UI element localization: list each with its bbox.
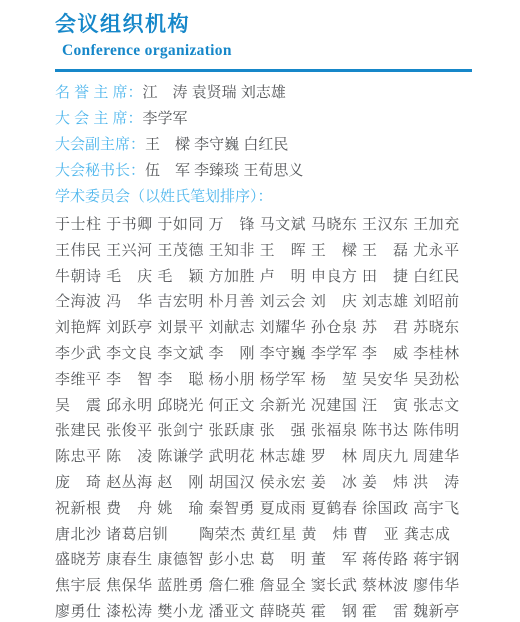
committee-row: 仝海波 冯 华 吉宏明 朴月善 刘云会 刘 庆 刘志雄 刘昭前: [55, 289, 472, 315]
committee-member-list: 于士柱 于书卿 于如同 万 锋 马文斌 马晓东 王汉东 王加充 王伟民 王兴河 …: [55, 212, 472, 622]
committee-row: 吴 震 邱永明 邱晓光 何正文 余新光 况建国 汪 寅 张志文: [55, 393, 472, 419]
officer-names: 王 樑 李守巍 白红民: [145, 136, 288, 153]
officer-label: 大会副主席：: [55, 136, 145, 153]
committee-row: 唐北沙 诸葛启钏 陶荣杰 黄红星 黄 炜 曹 亚 龚志成: [55, 522, 472, 548]
officer-names: 江 涛 袁贤瑞 刘志雄: [143, 84, 286, 101]
conference-organization-section: 会议组织机构 Conference organization 名 誉 主 席：江…: [0, 0, 520, 622]
committee-row: 盛晓芳 康春生 康德智 彭小忠 葛 明 董 军 蒋传路 蒋宇钢: [55, 547, 472, 573]
officer-label: 大会秘书长：: [55, 162, 145, 179]
officer-label: 名 誉 主 席：: [55, 84, 143, 101]
committee-row: 张建民 张俊平 张剑宁 张跃康 张 强 张福泉 陈书达 陈伟明: [55, 418, 472, 444]
committee-row: 李少武 李文良 李文斌 李 刚 李守巍 李学军 李 威 李桂林: [55, 341, 472, 367]
officer-names: 李学军: [143, 110, 188, 127]
committee-row: 牛朝诗 毛 庆 毛 颖 方加胜 卢 明 申良方 田 捷 白红民: [55, 264, 472, 290]
committee-row: 廖勇仕 漆松涛 樊小龙 潘亚文 薛晓英 霍 钢 霍 雷 魏新亭: [55, 599, 472, 622]
committee-heading: 学术委员会（以姓氏笔划排序）：: [55, 184, 472, 210]
officer-names: 伍 军 李臻琰 王荀思义: [145, 162, 303, 179]
page-title: 会议组织机构: [55, 12, 472, 38]
officer-row-honorary-chairs: 名 誉 主 席：江 涛 袁贤瑞 刘志雄: [55, 80, 472, 106]
committee-row: 祝新根 费 舟 姚 瑜 秦智勇 夏成雨 夏鹤春 徐国政 高宇飞: [55, 496, 472, 522]
officer-row-vice-chairs: 大会副主席：王 樑 李守巍 白红民: [55, 132, 472, 158]
officer-label: 大 会 主 席：: [55, 110, 143, 127]
committee-row: 庞 琦 赵丛海 赵 刚 胡国汉 侯永宏 姜 冰 姜 炜 洪 涛: [55, 470, 472, 496]
header-divider: [55, 69, 472, 72]
committee-row: 焦宇辰 焦保华 蓝胜勇 詹仁雅 詹显全 窦长武 蔡林波 廖伟华: [55, 573, 472, 599]
committee-row: 王伟民 王兴河 王茂德 王知非 王 晖 王 樑 王 磊 尤永平: [55, 238, 472, 264]
committee-row: 于士柱 于书卿 于如同 万 锋 马文斌 马晓东 王汉东 王加充: [55, 212, 472, 238]
officer-row-conference-chair: 大 会 主 席：李学军: [55, 106, 472, 132]
officer-row-secretaries: 大会秘书长：伍 军 李臻琰 王荀思义: [55, 158, 472, 184]
committee-row: 李维平 李 智 李 聪 杨小朋 杨学军 杨 堃 吴安华 吴劲松: [55, 367, 472, 393]
officers-list: 名 誉 主 席：江 涛 袁贤瑞 刘志雄 大 会 主 席：李学军 大会副主席：王 …: [55, 80, 472, 184]
committee-row: 陈忠平 陈 凌 陈谦学 武明花 林志雄 罗 林 周庆九 周建华: [55, 444, 472, 470]
committee-row: 刘艳辉 刘跃亭 刘景平 刘献志 刘耀华 孙仓泉 苏 君 苏晓东: [55, 315, 472, 341]
page-subtitle: Conference organization: [62, 41, 472, 60]
